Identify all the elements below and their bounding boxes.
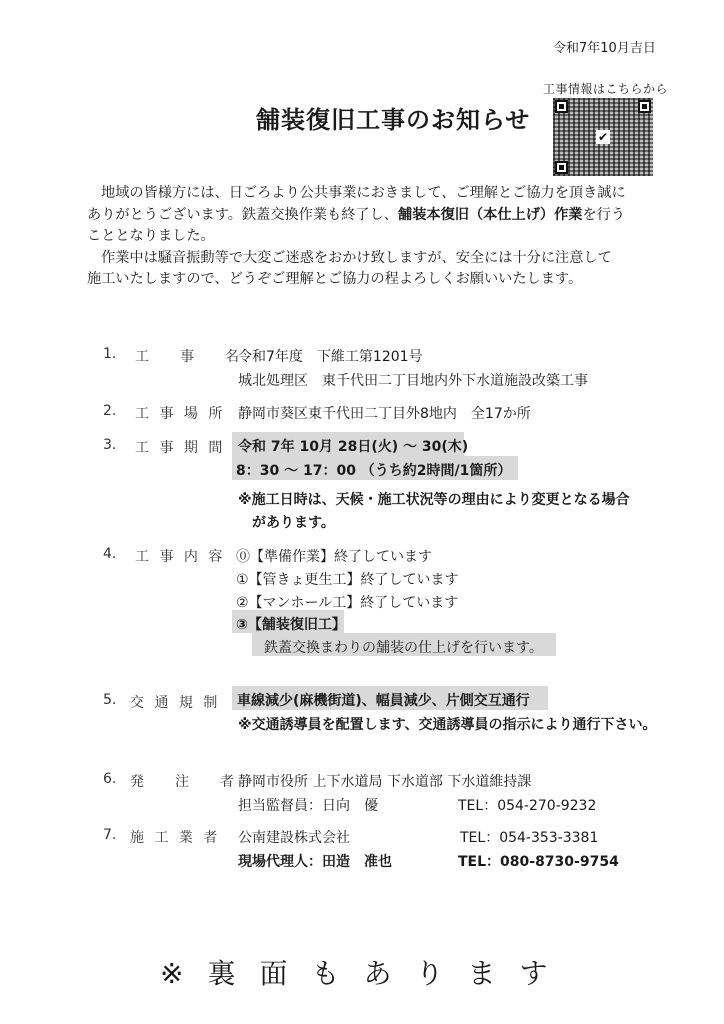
item-number: 2. [103,403,116,419]
period-note-line2: があります。 [252,512,335,532]
back-side-note: ※裏面もあります [160,952,571,992]
issue-date: 令和7年10月吉日 [553,37,656,56]
construction-name-line2: 城北処理区 東千代田二丁目地内外下水道施設改築工事 [238,370,588,390]
intro-text-segment: を行う [582,207,625,223]
intro-line: 地域の皆様方には、日ごろより公共事業におきまして、ご理解とご協力を頂き誠に [87,183,687,205]
content-step-3-detail: 鉄蓋交換まわりの舗装の仕上げを行います。 [264,637,543,657]
qr-caption: 工事情報はこちらから [543,80,668,97]
item-label: 工 事 場 所 [135,403,225,423]
period-hours: 8：30 ～ 17：00 （うち約2時間/1箇所） [236,460,511,480]
client-supervisor: 担当監督員：日向 優 [238,795,378,815]
qr-code-icon[interactable]: ✔ [553,98,653,176]
item-number: 6. [103,771,116,787]
content-step-0: ⓪【準備作業】終了しています [236,546,432,566]
dinosaur-logo-icon: ✔ [596,130,610,144]
item-number: 1. [103,346,116,362]
item-label: 発 注 者 [130,771,235,791]
period-dates: 令和 7年 10月 28日(火) ～ 30(木) [238,436,468,456]
contractor-company-tel[interactable]: TEL：054-353-3381 [460,827,598,847]
item-number: 3. [103,437,116,453]
contractor-agent: 現場代理人：田造 准也 [238,851,392,871]
qr-finder-icon [638,100,651,113]
construction-name-line1: 令和7年度 下維工第1201号 [238,346,423,366]
traffic-note: ※交通誘導員を配置します、交通誘導員の指示により通行下さい。 [238,714,657,734]
client-tel[interactable]: TEL：054-270-9232 [458,795,596,815]
page-title: 舗装復旧工事のお知らせ [256,100,530,135]
item-label: 工 事 名 [135,346,240,366]
location-value: 静岡市葵区東千代田二丁目外8地内 全17か所 [238,403,531,423]
qr-finder-icon [555,100,568,113]
item-label: 工 事 内 容 [135,546,225,566]
traffic-value: 車線減少(麻機街道)、幅員減少、片側交互通行 [237,690,530,710]
intro-emphasis: 舗装本復旧（本仕上げ）作業 [398,207,582,223]
item-label: 交 通 規 制 [130,692,220,712]
qr-finder-icon [555,161,568,174]
item-label: 施 工 業 者 [130,827,220,847]
intro-line: 作業中は騒音振動等で大変ご迷惑をおかけ致しますが、安全には十分に注意して [87,248,687,270]
contractor-company: 公南建設株式会社 [238,827,350,847]
item-number: 7. [103,827,116,843]
intro-line: こととなりました。 [87,226,687,248]
item-number: 4. [103,546,116,562]
client-org: 静岡市役所 上下水道局 下水道部 下水道維持課 [238,771,531,791]
contractor-agent-tel[interactable]: TEL：080-8730-9754 [458,851,619,871]
intro-line: 施工いたしますので、どうぞご理解とご協力の程よろしくお願いいたします。 [87,269,687,291]
content-step-3: ③【舗装復旧工】 [236,614,346,634]
period-note-line1: ※施工日時は、天候・施工状況等の理由により変更となる場合 [238,489,630,509]
item-number: 5. [103,692,116,708]
intro-line: ありがとうございます。鉄蓋交換作業も終了し、舗装本復旧（本仕上げ）作業を行う [87,205,687,227]
intro-text-segment: ありがとうございます。鉄蓋交換作業も終了し、 [87,207,398,223]
item-label: 工 事 期 間 [135,437,225,457]
content-step-2: ②【マンホール工】終了しています [236,592,458,612]
intro-text: 地域の皆様方には、日ごろより公共事業におきまして、ご理解とご協力を頂き誠に あり… [87,183,687,291]
content-step-1: ①【管きょ更生工】終了しています [236,569,459,589]
